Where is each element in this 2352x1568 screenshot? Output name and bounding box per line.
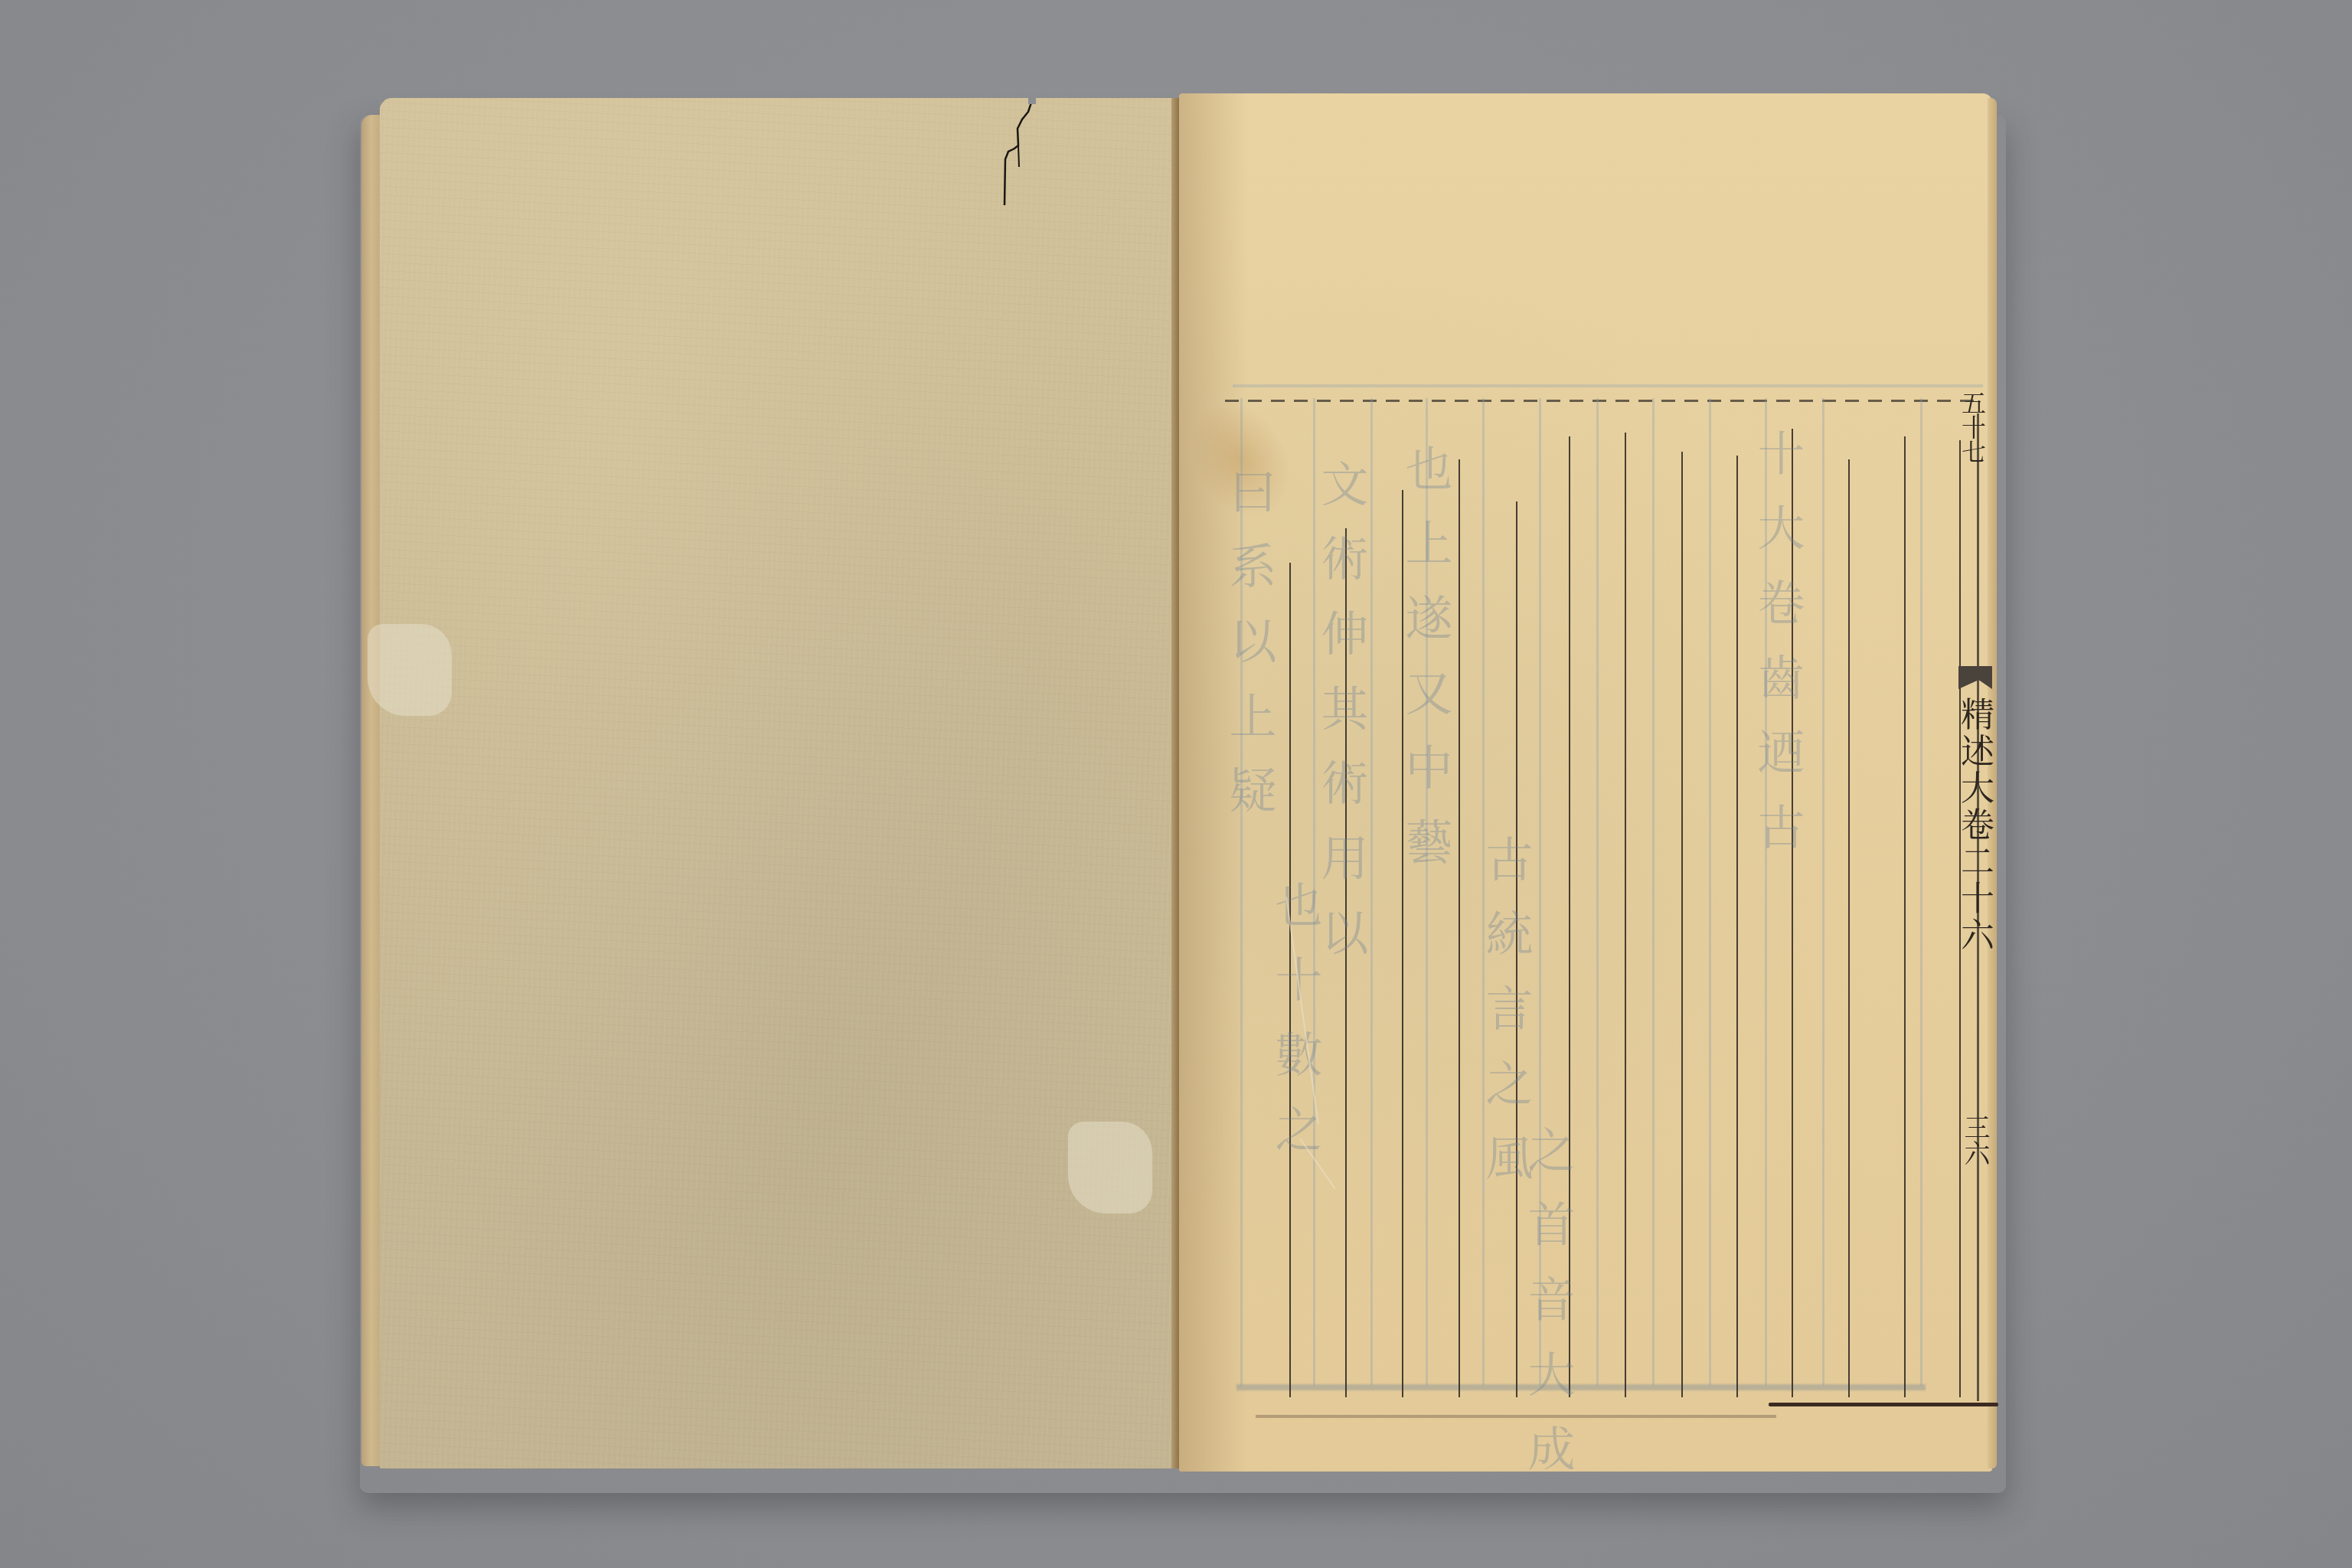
- right-page: [1179, 93, 1992, 1472]
- bleed-through-text: 之 首 音 大 成: [1524, 1125, 1571, 1478]
- leaf-number-bottom: 三六: [1962, 1114, 1988, 1166]
- bleed-through-text: 也 十 數 之: [1271, 880, 1318, 1158]
- bleed-column-rule: [1920, 398, 1922, 1386]
- paper-crack: [982, 98, 1044, 228]
- column-rule: [1459, 459, 1460, 1397]
- bleed-column-rule: [1596, 398, 1599, 1386]
- column-rule: [1625, 433, 1626, 1397]
- bleed-column-rule: [1652, 398, 1655, 1386]
- frame-bottom-border-faded: [1256, 1415, 1776, 1418]
- bleed-through-text: 曰 系 以 上 疑: [1225, 467, 1272, 820]
- column-rule: [1848, 459, 1850, 1397]
- frame-top-border: [1225, 400, 1983, 402]
- paper-grain: [380, 98, 1176, 1468]
- left-page-cover: [380, 98, 1176, 1468]
- bleed-column-rule: [1370, 398, 1373, 1386]
- fold-margin-title: 精述大卷二十六: [1957, 697, 1991, 954]
- bleed-column-rule: [1822, 398, 1824, 1386]
- column-rule: [1904, 436, 1906, 1397]
- column-rule: [1681, 452, 1683, 1397]
- repair-patch: [367, 624, 452, 716]
- bleed-through-text: 十 大 卷 齒 迺 古: [1753, 429, 1801, 857]
- bleed-column-rule: [1709, 398, 1711, 1386]
- column-rule: [1736, 456, 1738, 1397]
- left-page-edge: [361, 115, 381, 1466]
- leaf-number-top: 五十七: [1960, 390, 1984, 464]
- bleed-through-text: 文 術 伸 其 術 用 以: [1317, 459, 1364, 962]
- frame-bottom-border: [1769, 1403, 1998, 1406]
- frame-top-border-bleed: [1233, 384, 1983, 387]
- repair-patch: [1068, 1122, 1152, 1214]
- bleed-through-text: 也 上 遂 又 中 藝: [1401, 444, 1449, 872]
- gutter: [1171, 98, 1179, 1468]
